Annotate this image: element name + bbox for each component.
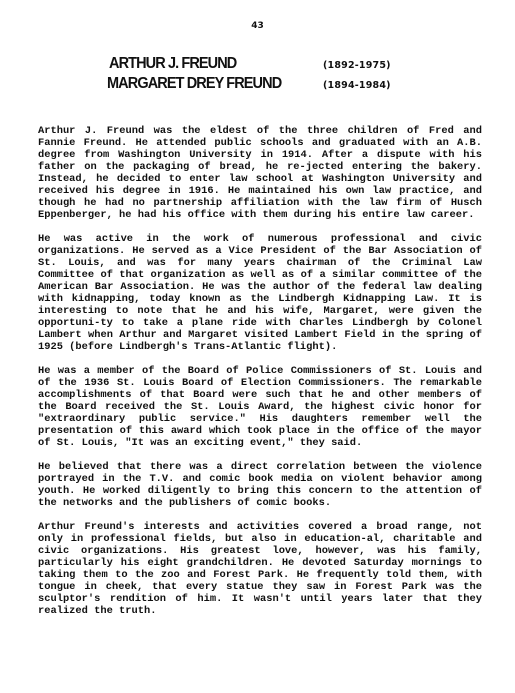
paragraph-professional: He was active in the work of numerous pr… [38, 233, 482, 353]
biography-body: Arthur J. Freund was the eldest of the t… [38, 125, 482, 629]
paragraph-early-life: Arthur J. Freund was the eldest of the t… [38, 125, 482, 221]
name-arthur: ARTHUR J. FREUND [109, 56, 236, 73]
years-margaret: (1894-1984) [323, 80, 391, 91]
years-arthur: (1892-1975) [323, 60, 391, 71]
paragraph-media-violence: He believed that there was a direct corr… [38, 461, 482, 509]
name-margaret: MARGARET DREY FREUND [107, 76, 281, 93]
paragraph-police-board: He was a member of the Board of Police C… [38, 365, 482, 449]
page-number: 43 [0, 21, 515, 31]
paragraph-family: Arthur Freund's interests and activities… [38, 521, 482, 617]
